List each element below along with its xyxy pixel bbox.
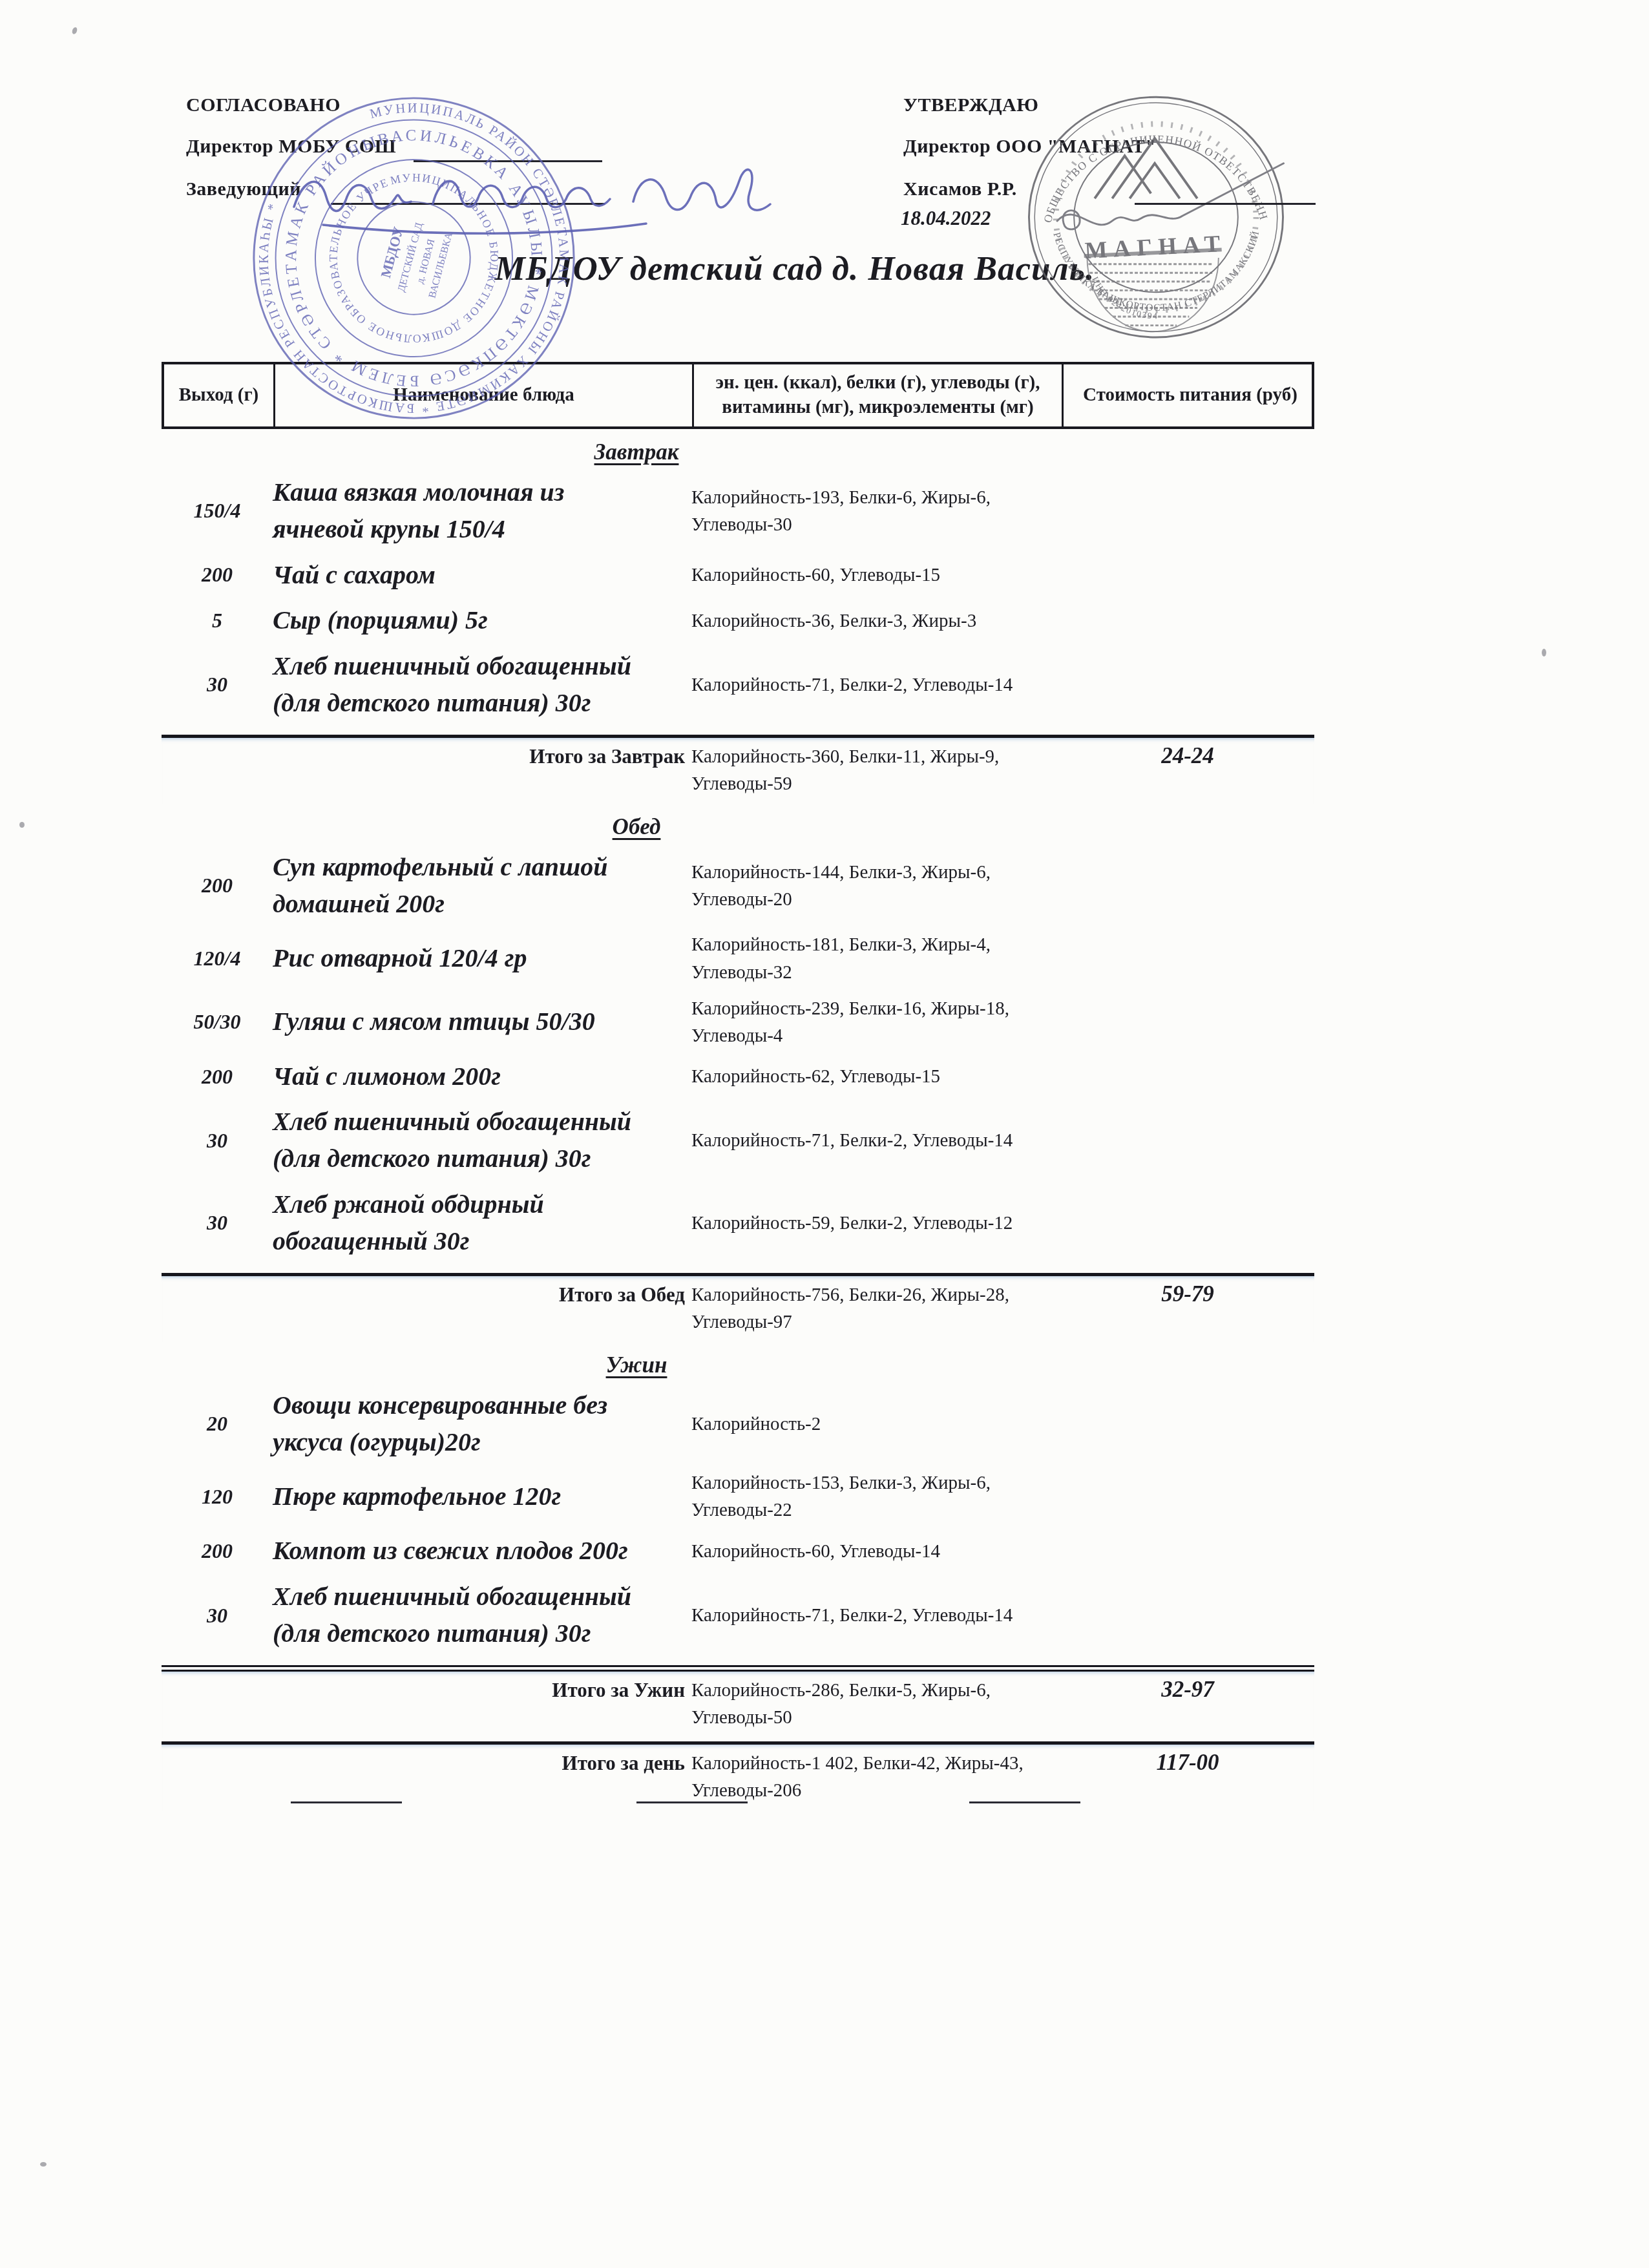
dish-name: Хлеб пшеничный обогащенный (для детского… <box>273 1104 691 1177</box>
dish-name: Каша вязкая молочная из ячневой крупы 15… <box>273 474 691 548</box>
signature-line-magnat <box>1135 203 1316 205</box>
table-row: 120/4 Рис отварной 120/4 гр Калорийность… <box>162 931 1314 985</box>
section-breakfast: Завтрак <box>162 439 1111 465</box>
table-row: 30 Хлеб пшеничный обогащенный (для детск… <box>162 648 1314 722</box>
total-nutrition: Калорийность-360, Белки-11, Жиры-9, Угле… <box>691 743 1061 797</box>
dish-name: Хлеб пшеничный обогащенный (для детского… <box>273 648 691 722</box>
portion-size: 200 <box>162 1065 273 1089</box>
scanned-menu-document: СОГЛАСОВАНО Директор МОБУ СОШ Заведующий… <box>0 0 1649 2268</box>
table-row: 150/4 Каша вязкая молочная из ячневой кр… <box>162 474 1314 548</box>
total-label: Итого за день <box>162 1750 691 1775</box>
lunch-total-row: Итого за Обед Калорийность-756, Белки-26… <box>162 1273 1314 1342</box>
portion-size: 30 <box>162 1129 273 1153</box>
section-title: Обед <box>613 814 661 839</box>
table-row: 30 Хлеб пшеничный обогащенный (для детск… <box>162 1104 1314 1177</box>
total-cost: 24-24 <box>1061 743 1314 769</box>
dish-name: Хлеб ржаной обдирный обогащенный 30г <box>273 1186 691 1260</box>
magnat-oval-stamp-icon: ОБЩЕСТВО С ОГРАНИЧЕННОЙ ОТВЕТСТВЕННОСТЬЮ… <box>1018 90 1294 348</box>
approve-name: Хисамов Р.Р. <box>903 178 1017 200</box>
total-nutrition: Калорийность-1 402, Белки-42, Жиры-43, У… <box>691 1750 1061 1804</box>
nutrition-info: Калорийность-59, Белки-2, Углеводы-12 <box>691 1210 1061 1237</box>
scan-speck <box>40 2162 47 2167</box>
total-nutrition: Калорийность-756, Белки-26, Жиры-28, Угл… <box>691 1281 1061 1336</box>
dish-name: Пюре картофельное 120г <box>273 1478 691 1515</box>
nutrition-info: Калорийность-36, Белки-3, Жиры-3 <box>691 607 1061 635</box>
section-dinner: Ужин <box>162 1352 1111 1378</box>
total-label: Итого за Ужин <box>162 1677 691 1702</box>
approve-date: 18.04.2022 <box>901 207 991 230</box>
nutrition-info: Калорийность-239, Белки-16, Жиры-18, Угл… <box>691 995 1061 1049</box>
dish-name: Суп картофельный с лапшой домашней 200г <box>273 849 691 923</box>
nutrition-info: Калорийность-60, Углеводы-15 <box>691 562 1061 589</box>
nutrition-info: Калорийность-2 <box>691 1411 1061 1438</box>
total-cost: 32-97 <box>1061 1677 1314 1703</box>
table-row: 20 Овощи консервированные без уксуса (ог… <box>162 1387 1314 1461</box>
table-row: 200 Чай с лимоном 200г Калорийность-62, … <box>162 1058 1314 1095</box>
portion-size: 5 <box>162 609 273 633</box>
nutrition-info: Калорийность-71, Белки-2, Углеводы-14 <box>691 1127 1061 1154</box>
dish-name: Компот из свежих плодов 200г <box>273 1533 691 1570</box>
section-title: Ужин <box>606 1352 667 1378</box>
nutrition-info: Калорийность-62, Углеводы-15 <box>691 1063 1061 1090</box>
nutrition-info: Калорийность-193, Белки-6, Жиры-6, Углев… <box>691 484 1061 538</box>
dish-name: Хлеб пшеничный обогащенный (для детского… <box>273 1579 691 1652</box>
portion-size: 200 <box>162 1539 273 1563</box>
dish-name: Чай с сахаром <box>273 557 691 594</box>
portion-size: 200 <box>162 563 273 587</box>
dinner-total-row: Итого за Ужин Калорийность-286, Белки-5,… <box>162 1665 1314 1738</box>
portion-size: 200 <box>162 874 273 898</box>
table-row: 200 Чай с сахаром Калорийность-60, Углев… <box>162 557 1314 594</box>
nutrition-info: Калорийность-71, Белки-2, Углеводы-14 <box>691 1602 1061 1629</box>
table-row: 5 Сыр (порциями) 5г Калорийность-36, Бел… <box>162 602 1314 639</box>
portion-size: 120/4 <box>162 947 273 971</box>
blank-line-1 <box>291 1801 402 1803</box>
table-row: 30 Хлеб ржаной обдирный обогащенный 30г … <box>162 1186 1314 1260</box>
total-cost: 117-00 <box>1061 1750 1314 1776</box>
portion-size: 50/30 <box>162 1010 273 1034</box>
day-total-row: Итого за день Калорийность-1 402, Белки-… <box>162 1741 1314 1811</box>
nutrition-info: Калорийность-181, Белки-3, Жиры-4, Углев… <box>691 931 1061 985</box>
section-lunch: Обед <box>162 814 1111 840</box>
dish-name: Чай с лимоном 200г <box>273 1058 691 1095</box>
dish-name: Сыр (порциями) 5г <box>273 602 691 639</box>
table-row: 200 Компот из свежих плодов 200г Калорий… <box>162 1533 1314 1570</box>
nutrition-info: Калорийность-153, Белки-3, Жиры-6, Углев… <box>691 1469 1061 1524</box>
col-header-cost: Стоимость питания (руб) <box>1064 364 1317 426</box>
nutrition-info: Калорийность-71, Белки-2, Углеводы-14 <box>691 671 1061 698</box>
handwritten-signature-icon <box>284 142 782 239</box>
col-header-nutrition: эн. цен. (ккал), белки (г), углеводы (г)… <box>694 364 1064 426</box>
nutrition-info: Калорийность-60, Углеводы-14 <box>691 1538 1061 1565</box>
total-label: Итого за Завтрак <box>162 743 691 768</box>
total-cost: 59-79 <box>1061 1281 1314 1307</box>
table-row: 50/30 Гуляш с мясом птицы 50/30 Калорийн… <box>162 995 1314 1049</box>
portion-size: 120 <box>162 1485 273 1509</box>
oval-stamp-name: МАГНАТ <box>1084 229 1227 263</box>
total-nutrition: Калорийность-286, Белки-5, Жиры-6, Углев… <box>691 1677 1061 1731</box>
nutrition-info: Калорийность-144, Белки-3, Жиры-6, Углев… <box>691 859 1061 913</box>
dish-name: Рис отварной 120/4 гр <box>273 940 691 977</box>
section-title: Завтрак <box>594 439 679 465</box>
table-row: 30 Хлеб пшеничный обогащенный (для детск… <box>162 1579 1314 1652</box>
portion-size: 30 <box>162 673 273 697</box>
scan-speck <box>19 822 25 828</box>
scan-speck <box>1542 649 1546 656</box>
dish-name: Гуляш с мясом птицы 50/30 <box>273 1003 691 1040</box>
scan-speck <box>71 26 78 35</box>
total-label: Итого за Обед <box>162 1281 691 1307</box>
breakfast-total-row: Итого за Завтрак Калорийность-360, Белки… <box>162 735 1314 804</box>
portion-size: 20 <box>162 1412 273 1436</box>
portion-size: 150/4 <box>162 499 273 523</box>
menu-table: Выход (г) Наименование блюда эн. цен. (к… <box>162 362 1314 1811</box>
portion-size: 30 <box>162 1604 273 1628</box>
blank-line-3 <box>969 1801 1080 1803</box>
portion-size: 30 <box>162 1211 273 1235</box>
blank-line-2 <box>636 1801 748 1803</box>
dish-name: Овощи консервированные без уксуса (огурц… <box>273 1387 691 1461</box>
table-row: 200 Суп картофельный с лапшой домашней 2… <box>162 849 1314 923</box>
table-row: 120 Пюре картофельное 120г Калорийность-… <box>162 1469 1314 1524</box>
